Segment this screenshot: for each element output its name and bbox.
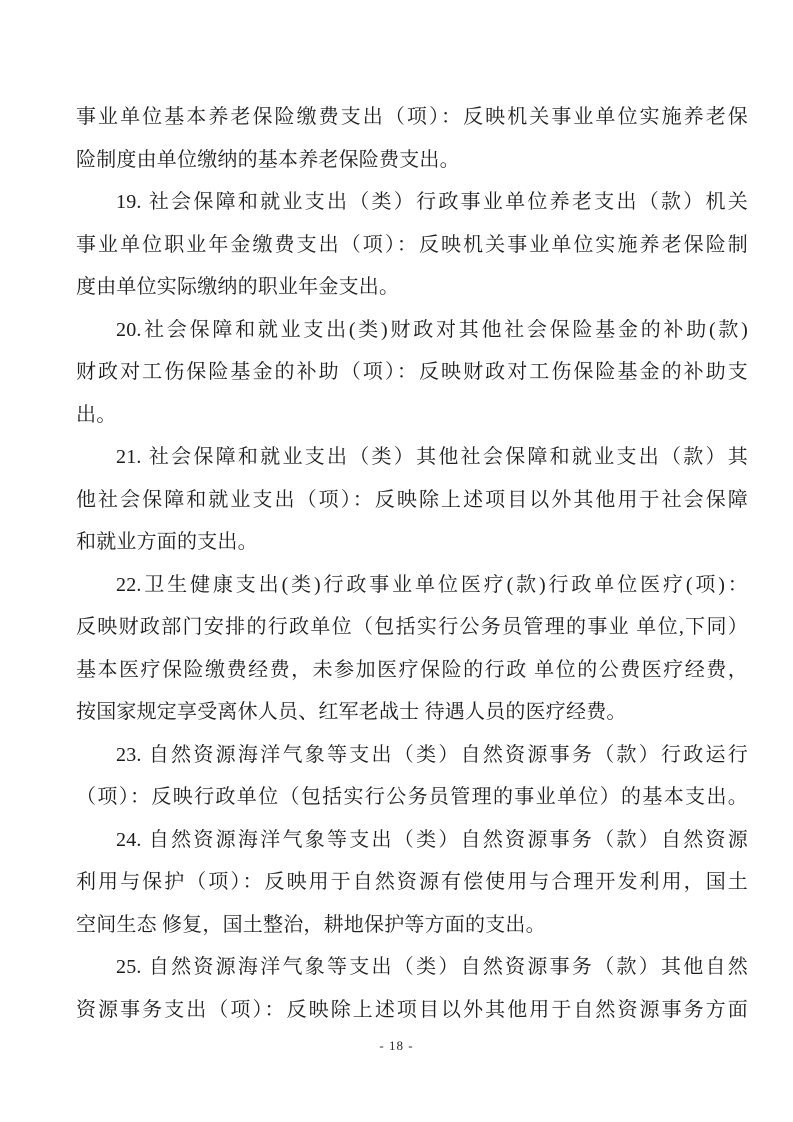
text-line: 事业单位职业年金缴费支出（项）：反映机关事业单位实施养老保险制 (76, 224, 748, 267)
paragraph: 22.卫生健康支出(类)行政事业单位医疗(款)行政单位医疗(项)：反映财政部门安… (76, 564, 748, 734)
text-line: 21. 社会保障和就业支出（类）其他社会保障和就业支出（款）其 (76, 436, 748, 479)
page-number: - 18 - (0, 1038, 793, 1054)
text-line: 险制度由单位缴纳的基本养老保险费支出。 (76, 139, 748, 182)
text-line: 资源事务支出（项）：反映除上述项目以外其他用于自然资源事务方面 (76, 989, 748, 1032)
text-line: 24. 自然资源海洋气象等支出（类）自然资源事务（款）自然资源 (76, 819, 748, 862)
text-line: 和就业方面的支出。 (76, 521, 748, 564)
text-line: 19. 社会保障和就业支出（类）行政事业单位养老支出（款）机关 (76, 181, 748, 224)
text-line: 利用与保护（项）：反映用于自然资源有偿使用与合理开发利用，国土 (76, 861, 748, 904)
paragraph: 24. 自然资源海洋气象等支出（类）自然资源事务（款）自然资源利用与保护（项）：… (76, 819, 748, 947)
text-line: 基本医疗保险缴费经费，未参加医疗保险的行政 单位的公费医疗经费， (76, 649, 748, 692)
text-line: 按国家规定享受离休人员、红军老战士 待遇人员的医疗经费。 (76, 691, 748, 734)
paragraph: 19. 社会保障和就业支出（类）行政事业单位养老支出（款）机关事业单位职业年金缴… (76, 181, 748, 309)
text-line: 他社会保障和就业支出（项）：反映除上述项目以外其他用于社会保障 (76, 479, 748, 522)
text-line: 出。 (76, 394, 748, 437)
text-line: 事业单位基本养老保险缴费支出（项）：反映机关事业单位实施养老保 (76, 96, 748, 139)
paragraph: 23. 自然资源海洋气象等支出（类）自然资源事务（款）行政运行（项）：反映行政单… (76, 734, 748, 819)
document-body: 事业单位基本养老保险缴费支出（项）：反映机关事业单位实施养老保险制度由单位缴纳的… (76, 96, 748, 1031)
text-line: 22.卫生健康支出(类)行政事业单位医疗(款)行政单位医疗(项)： (76, 564, 748, 607)
paragraph: 20.社会保障和就业支出(类)财政对其他社会保险基金的补助(款)财政对工伤保险基… (76, 309, 748, 437)
text-line: 23. 自然资源海洋气象等支出（类）自然资源事务（款）行政运行 (76, 734, 748, 777)
text-line: 空间生态 修复，国土整治，耕地保护等方面的支出。 (76, 904, 748, 947)
paragraph: 21. 社会保障和就业支出（类）其他社会保障和就业支出（款）其他社会保障和就业支… (76, 436, 748, 564)
text-line: 财政对工伤保险基金的补助（项）：反映财政对工伤保险基金的补助支 (76, 351, 748, 394)
text-line: 20.社会保障和就业支出(类)财政对其他社会保险基金的补助(款) (76, 309, 748, 352)
paragraph: 25. 自然资源海洋气象等支出（类）自然资源事务（款）其他自然资源事务支出（项）… (76, 946, 748, 1031)
paragraph: 事业单位基本养老保险缴费支出（项）：反映机关事业单位实施养老保险制度由单位缴纳的… (76, 96, 748, 181)
text-line: 度由单位实际缴纳的职业年金支出。 (76, 266, 748, 309)
document-page: 事业单位基本养老保险缴费支出（项）：反映机关事业单位实施养老保险制度由单位缴纳的… (0, 0, 793, 1122)
text-line: （项）：反映行政单位（包括实行公务员管理的事业单位）的基本支出。 (76, 776, 748, 819)
text-line: 25. 自然资源海洋气象等支出（类）自然资源事务（款）其他自然 (76, 946, 748, 989)
text-line: 反映财政部门安排的行政单位（包括实行公务员管理的事业 单位,下同） (76, 606, 748, 649)
